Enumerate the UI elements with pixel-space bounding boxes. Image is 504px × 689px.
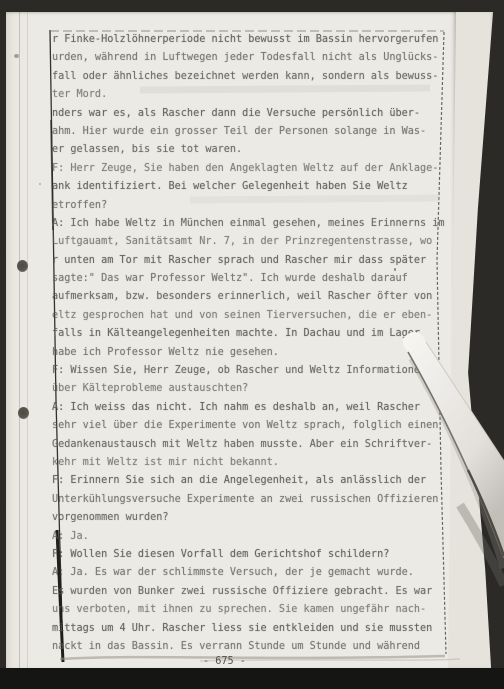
document-line: F: Erinnern Sie sich an die Angelegenhei… <box>52 472 450 490</box>
document-line: uns verboten, mit ihnen zu sprechen. Sie… <box>52 601 450 619</box>
document-line: Gedankenaustausch mit Weltz haben musste… <box>52 436 450 454</box>
document-line: nackt in das Bassin. Es verrann Stunde u… <box>52 638 450 656</box>
document-line: fall oder ähnliches bezeichnet werden ka… <box>52 68 450 86</box>
document-line: ter Mord. <box>52 86 450 104</box>
document-line: A: Ja. Es war der schlimmste Versuch, de… <box>52 564 450 582</box>
document-line: aufmerksam, bzw. besonders erinnerlich, … <box>52 288 450 306</box>
document-line: eltz gesprochen hat und von seinen Tierv… <box>52 307 450 325</box>
document-line: urden, während in Luftwegen jeder Todesf… <box>52 49 450 67</box>
document-line: A: Ich habe Weltz in München einmal gese… <box>52 215 450 233</box>
document-line: Luftgauamt, Sanitätsamt Nr. 7, in der Pr… <box>52 233 450 251</box>
smudge <box>14 54 19 58</box>
punch-hole <box>18 407 29 419</box>
typewritten-text: r Finke-Holzlöhnerperiode nicht bewusst … <box>52 31 450 656</box>
photographed-document-scene: r Finke-Holzlöhnerperiode nicht bewusst … <box>0 0 504 689</box>
document-line: über Kälteprobleme austauschten? <box>52 380 450 398</box>
document-line: F: Wissen Sie, Herr Zeuge, ob Rascher un… <box>52 362 450 380</box>
document-line: er gelassen, bis sie tot waren. <box>52 141 450 159</box>
document-line: ank identifiziert. Bei welcher Gelegenhe… <box>52 178 450 196</box>
document-line: Es wurden von Bunker zwei russische Offi… <box>52 583 450 601</box>
document-line: A: Ja. <box>52 528 450 546</box>
smudge <box>394 268 396 271</box>
document-line: vorgenommen wurden? <box>52 509 450 527</box>
document-line: A: Ich weiss das nicht. Ich nahm es desh… <box>52 399 450 417</box>
document-line: etroffen? <box>52 197 450 215</box>
document-line: r Finke-Holzlöhnerperiode nicht bewusst … <box>52 31 450 49</box>
document-line: habe ich Professor Weltz nie gesehen. <box>52 344 450 362</box>
document-line: falls in Kälteangelegenheiten machte. In… <box>52 325 450 343</box>
binding-crease <box>19 12 20 668</box>
document-line: F: Herr Zeuge, Sie haben den Angeklagten… <box>52 160 450 178</box>
document-line: Unterkühlungsversuche Experimente an zwe… <box>52 491 450 509</box>
document-line: nders war es, als Rascher dann die Versu… <box>52 105 450 123</box>
document-line: F: Wollen Sie diesen Vorfall dem Gericht… <box>52 546 450 564</box>
document-line: kehr mit Weltz ist mir nicht bekannt. <box>52 454 450 472</box>
photo-bottom-mask <box>0 668 504 689</box>
document-line: ahm. Hier wurde ein grosser Teil der Per… <box>52 123 450 141</box>
document-line: r unten am Tor mit Rascher sprach und Ra… <box>52 252 450 270</box>
document-line: sehr viel über die Experimente von Weltz… <box>52 417 450 435</box>
document-line: sagte:" Das war Professor Weltz". Ich wu… <box>52 270 450 288</box>
page-number: - 675 - <box>203 656 246 667</box>
punch-hole <box>17 260 28 272</box>
document-line: mittags um 4 Uhr. Rascher liess sie entk… <box>52 620 450 638</box>
binding-crease <box>27 12 28 668</box>
smudge <box>39 183 41 185</box>
